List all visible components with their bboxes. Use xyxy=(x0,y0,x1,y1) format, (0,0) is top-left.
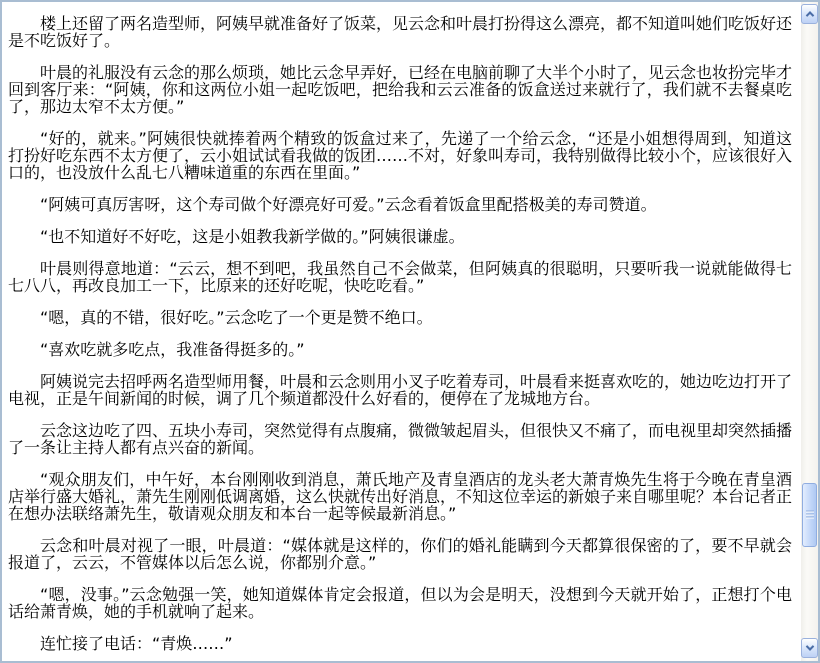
paragraph: 叶晨的礼服没有云念的那么烦琐，她比云念早弄好，已经在电脑前聊了大半个小时了，见云… xyxy=(8,64,792,115)
paragraph: “观众朋友们，中午好，本台刚刚收到消息，萧氏地产及青皇酒店的龙头老大萧青焕先生将… xyxy=(8,471,792,522)
paragraph: “喜欢吃就多吃点，我准备得挺多的。” xyxy=(8,341,792,358)
paragraph: “阿姨可真厉害呀，这个寿司做个好漂亮好可爱。”云念看着饭盒里配搭极美的寿司赞道。 xyxy=(8,196,792,213)
paragraph: 云念这边吃了四、五块小寿司，突然觉得有点腹痛，微微皱起眉头，但很快又不痛了，而电… xyxy=(8,422,792,456)
paragraph: “也不知道好不好吃，这是小姐教我新学做的。”阿姨很谦虚。 xyxy=(8,228,792,245)
chevron-down-icon xyxy=(805,642,813,650)
scroll-up-button[interactable] xyxy=(801,4,818,24)
scrollbar-thumb[interactable] xyxy=(802,483,817,547)
novel-page: 楼上还留了两名造型师，阿姨早就准备好了饭菜，见云念和叶晨打扮得这么漂亮，都不知道… xyxy=(0,0,820,663)
paragraph: 连忙接了电话：“青焕……” xyxy=(8,635,792,652)
thumb-grip-icon xyxy=(806,511,814,520)
paragraph: “嗯，真的不错，很好吃。”云念吃了一个更是赞不绝口。 xyxy=(8,309,792,326)
paragraph: “嗯，没事。”云念勉强一笑，她知道媒体肯定会报道，但以为会是明天，没想到今天就开… xyxy=(8,586,792,620)
chevron-up-icon xyxy=(805,11,813,19)
vertical-scrollbar[interactable] xyxy=(801,2,818,661)
paragraph: 楼上还留了两名造型师，阿姨早就准备好了饭菜，见云念和叶晨打扮得这么漂亮，都不知道… xyxy=(8,15,792,49)
paragraph: “好的，就来。”阿姨很快就捧着两个精致的饭盒过来了，先递了一个给云念，“还是小姐… xyxy=(8,130,792,181)
paragraph: 叶晨则得意地道：“云云，想不到吧，我虽然自己不会做菜，但阿姨真的很聪明，只要听我… xyxy=(8,260,792,294)
paragraph: 阿姨说完去招呼两名造型师用餐，叶晨和云念则用小叉子吃着寿司，叶晨看来挺喜欢吃的，… xyxy=(8,373,792,407)
paragraph: 云念和叶晨对视了一眼，叶晨道：“媒体就是这样的，你们的婚礼能瞒到今天都算很保密的… xyxy=(8,537,792,571)
novel-text-body: 楼上还留了两名造型师，阿姨早就准备好了饭菜，见云念和叶晨打扮得这么漂亮，都不知道… xyxy=(2,2,801,661)
scroll-down-button[interactable] xyxy=(801,638,818,658)
